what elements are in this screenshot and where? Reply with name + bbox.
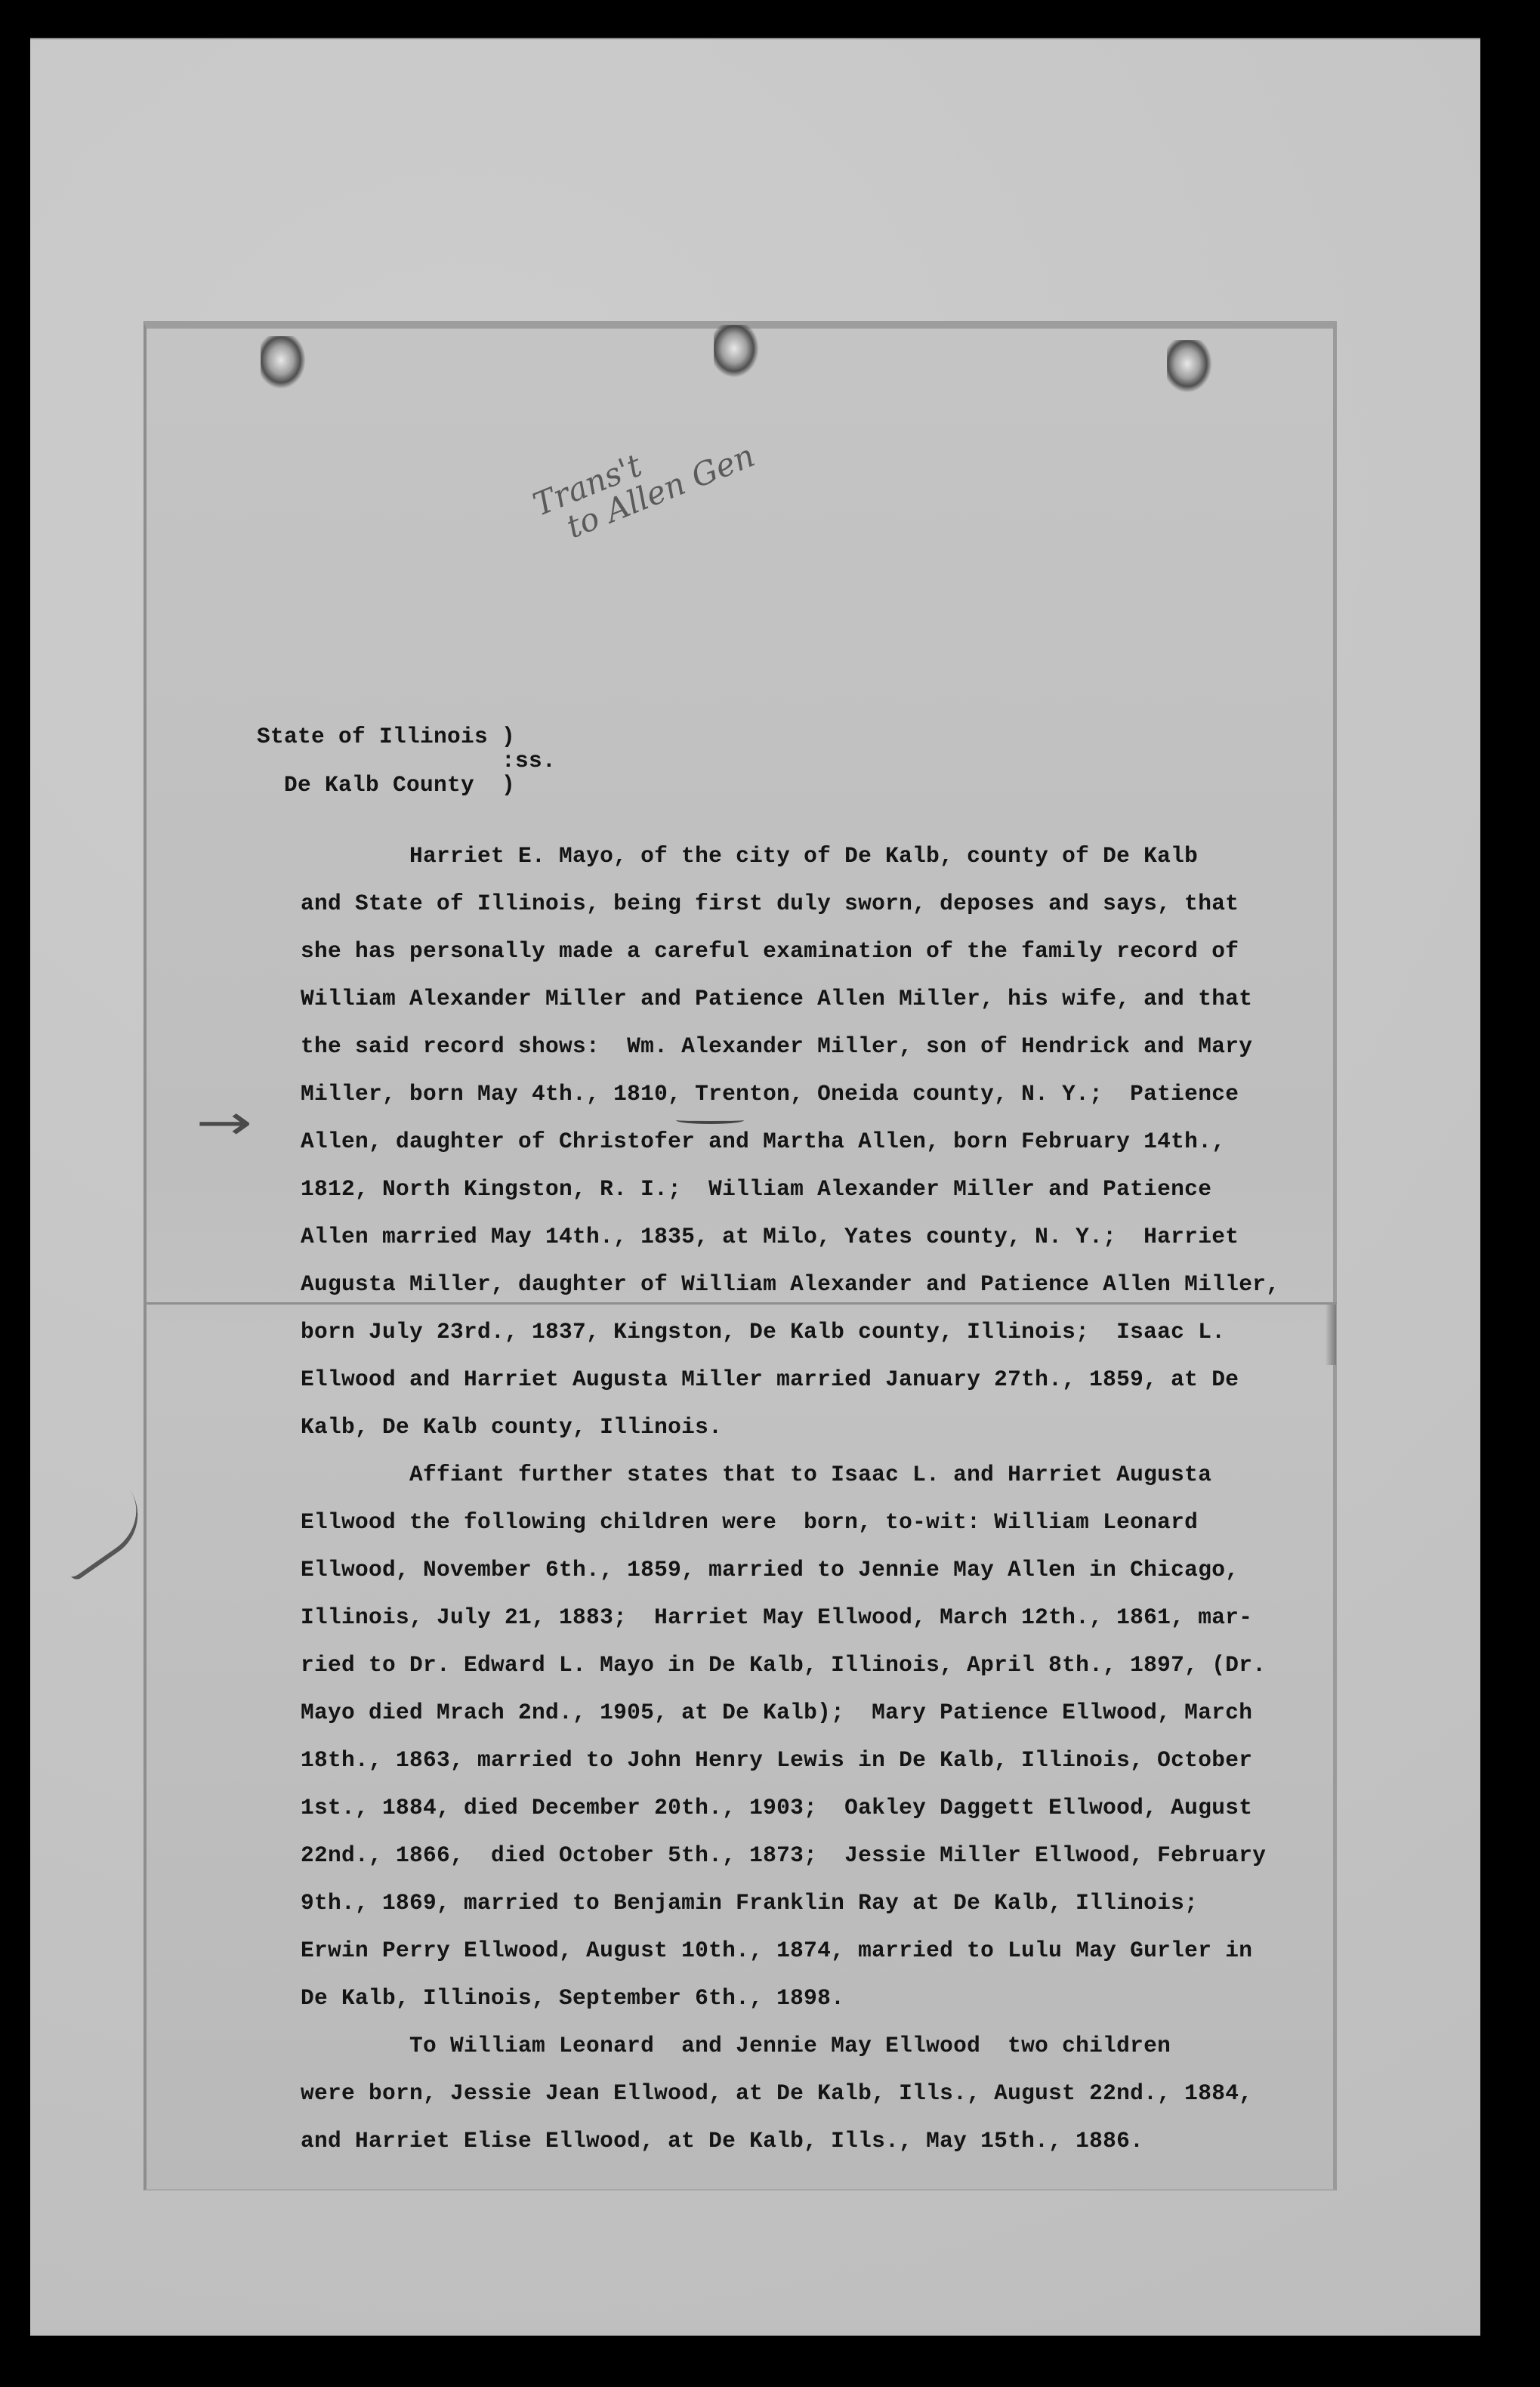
body-line: De Kalb, Illinois, September 6th., 1898. xyxy=(301,1985,844,2011)
body-line: William Alexander Miller and Patience Al… xyxy=(301,986,1252,1011)
body-line: Allen, daughter of Christofer and Martha… xyxy=(301,1129,1225,1154)
body-line: and State of Illinois, being first duly … xyxy=(301,891,1239,916)
body-line: 1812, North Kingston, R. I.; William Ale… xyxy=(301,1176,1211,1202)
body-line: Ellwood the following children were born… xyxy=(301,1509,1198,1535)
trenton-underline-mark xyxy=(676,1116,744,1124)
body-line: Harriet E. Mayo, of the city of De Kalb,… xyxy=(301,843,1198,869)
tack-hole-right-icon xyxy=(1167,340,1212,393)
caption-county: De Kalb County ) xyxy=(257,772,515,798)
body-line: Kalb, De Kalb county, Illinois. xyxy=(301,1414,722,1440)
fold-edge-shadow xyxy=(1326,1305,1336,1365)
body-line: Ellwood and Harriet Augusta Miller marri… xyxy=(301,1366,1239,1392)
body-line: Erwin Perry Ellwood, August 10th., 1874,… xyxy=(301,1938,1252,1963)
body-line: 18th., 1863, married to John Henry Lewis… xyxy=(301,1747,1252,1773)
caption-ss: :ss. xyxy=(257,748,556,774)
caption-state: State of Illinois ) xyxy=(257,724,515,749)
body-line: Augusta Miller, daughter of William Alex… xyxy=(301,1271,1279,1297)
body-line: and Harriet Elise Ellwood, at De Kalb, I… xyxy=(301,2128,1143,2154)
body-line: 9th., 1869, married to Benjamin Franklin… xyxy=(301,1890,1198,1916)
body-line: were born, Jessie Jean Ellwood, at De Ka… xyxy=(301,2080,1252,2106)
body-line: Affiant further states that to Isaac L. … xyxy=(301,1462,1211,1487)
tack-hole-left-icon xyxy=(261,336,306,389)
body-line: Illinois, July 21, 1883; Harriet May Ell… xyxy=(301,1604,1252,1630)
body-line: she has personally made a careful examin… xyxy=(301,938,1239,964)
body-line: ried to Dr. Edward L. Mayo in De Kalb, I… xyxy=(301,1652,1266,1678)
body-line: Miller, born May 4th., 1810, Trenton, On… xyxy=(301,1081,1239,1107)
body-line: 22nd., 1866, died October 5th., 1873; Je… xyxy=(301,1842,1266,1868)
body-line: Ellwood, November 6th., 1859, married to… xyxy=(301,1557,1239,1583)
fold-seam xyxy=(144,1302,1337,1305)
margin-arrow-icon: → xyxy=(196,1095,252,1151)
body-line: 1st., 1884, died December 20th., 1903; O… xyxy=(301,1795,1252,1820)
tack-hole-center-icon xyxy=(714,325,759,378)
body-line: the said record shows: Wm. Alexander Mil… xyxy=(301,1033,1252,1059)
body-line: Allen married May 14th., 1835, at Milo, … xyxy=(301,1224,1239,1249)
body-line: born July 23rd., 1837, Kingston, De Kalb… xyxy=(301,1319,1225,1345)
body-line: To William Leonard and Jennie May Ellwoo… xyxy=(301,2033,1171,2058)
body-line: Mayo died Mrach 2nd., 1905, at De Kalb);… xyxy=(301,1700,1252,1725)
